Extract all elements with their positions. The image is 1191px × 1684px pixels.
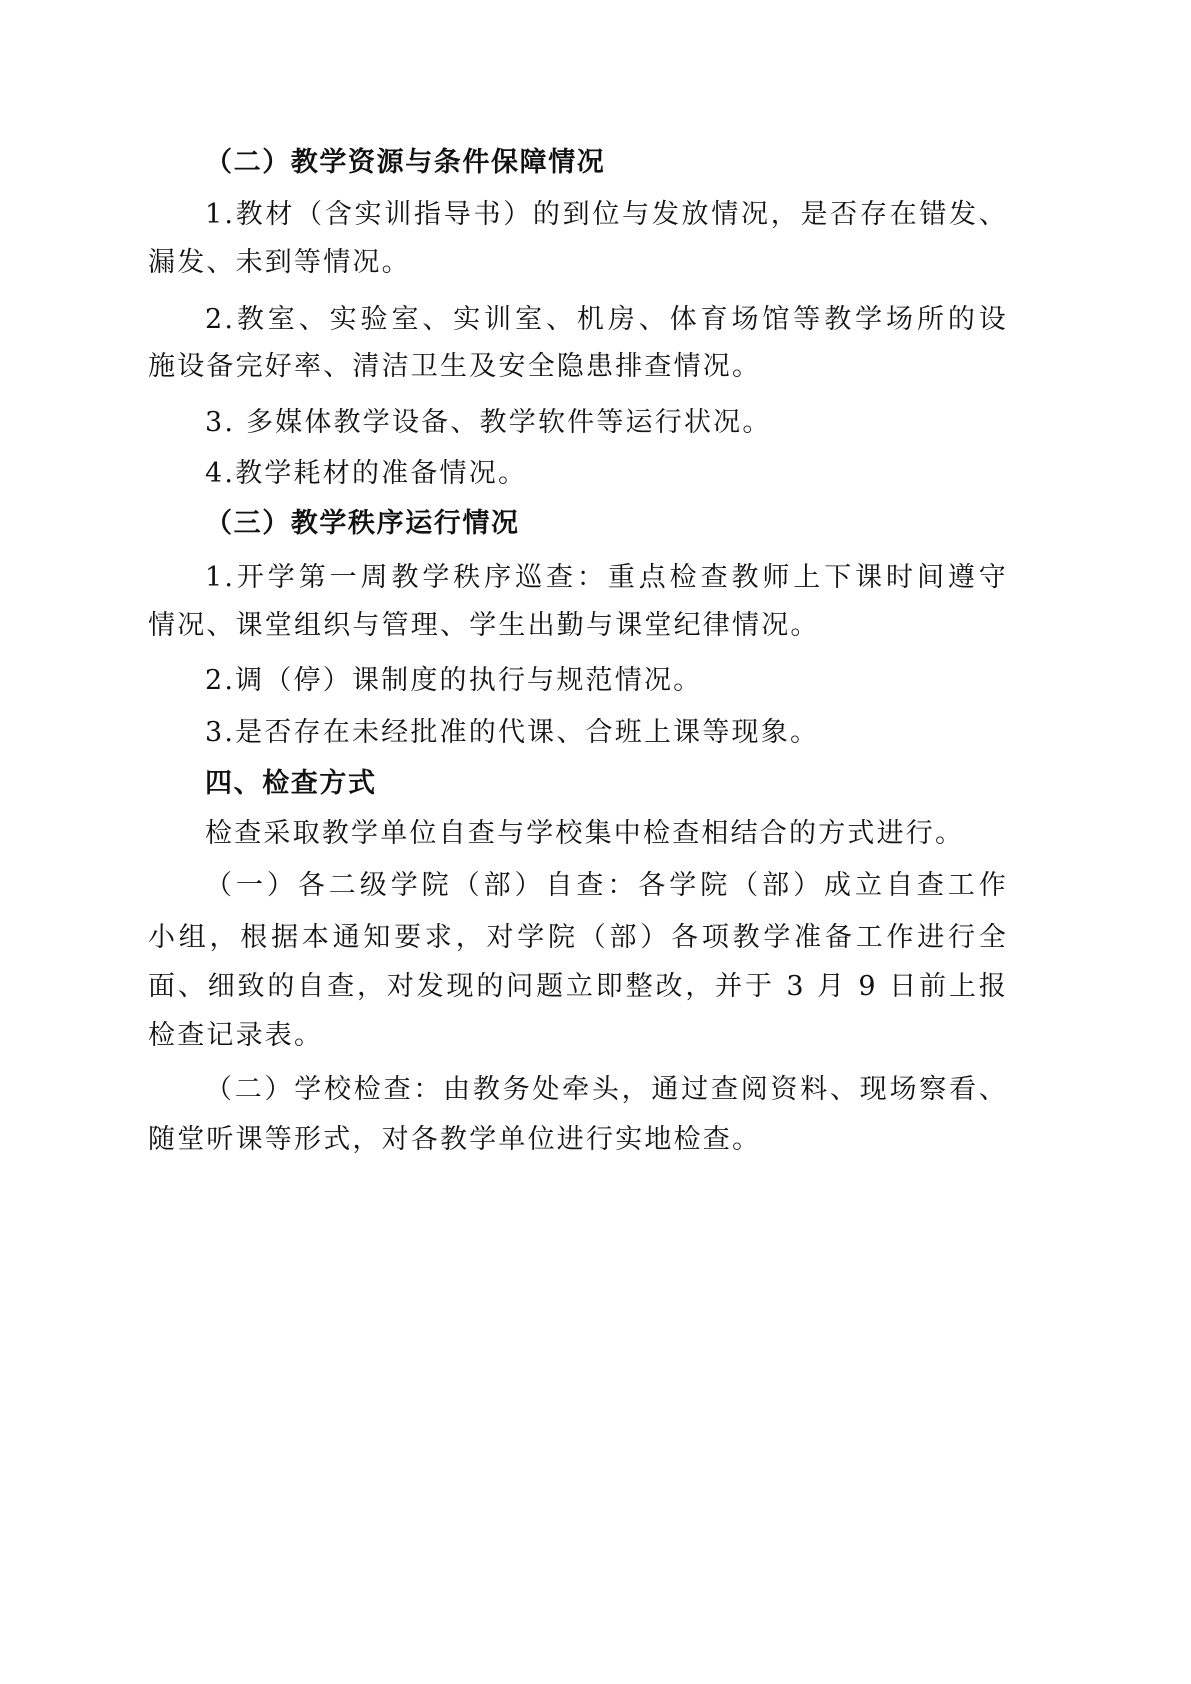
paragraph-school-inspection-line-2: 随堂听课等形式，对各教学单位进行实地检查。 [148,1120,1008,1160]
paragraph-self-check-line-4: 检查记录表。 [148,1016,1008,1056]
paragraph-inspection-overview: 检查采取教学单位自查与学校集中检查相结合的方式进行。 [205,814,1065,854]
paragraph-unauthorized-substitution: 3.是否存在未经批准的代课、合班上课等现象。 [205,713,1065,753]
section-heading-teaching-resources: （二）教学资源与条件保障情况 [205,143,1065,183]
paragraph-multimedia: 3. 多媒体教学设备、教学软件等运行状况。 [205,403,1065,443]
section-heading-inspection-method: 四、检查方式 [205,764,1065,804]
paragraph-textbooks-line-2: 漏发、未到等情况。 [148,243,1008,283]
paragraph-school-inspection-line-1: （二）学校检查：由教务处牵头，通过查阅资料、现场察看、 [205,1070,1008,1110]
paragraph-textbooks-line-1: 1.教材（含实训指导书）的到位与发放情况，是否存在错发、 [205,195,1008,235]
document-page: （二）教学资源与条件保障情况 1.教材（含实训指导书）的到位与发放情况，是否存在… [0,0,1191,1684]
paragraph-consumables: 4.教学耗材的准备情况。 [205,454,1065,494]
section-heading-teaching-order: （三）教学秩序运行情况 [205,504,1065,544]
paragraph-class-adjustment: 2.调（停）课制度的执行与规范情况。 [205,661,1065,701]
paragraph-self-check-line-2: 小组，根据本通知要求，对学院（部）各项教学准备工作进行全 [148,918,1008,958]
paragraph-self-check-line-3: 面、细致的自查，对发现的问题立即整改，并于 3 月 9 日前上报 [148,967,1008,1007]
paragraph-first-week-patrol-line-2: 情况、课堂组织与管理、学生出勤与课堂纪律情况。 [148,606,1008,646]
paragraph-first-week-patrol-line-1: 1.开学第一周教学秩序巡查：重点检查教师上下课时间遵守 [205,558,1008,598]
paragraph-facilities-line-1: 2.教室、实验室、实训室、机房、体育场馆等教学场所的设 [205,300,1008,340]
paragraph-facilities-line-2: 施设备完好率、清洁卫生及安全隐患排查情况。 [148,347,1008,387]
paragraph-self-check-line-1: （一）各二级学院（部）自查：各学院（部）成立自查工作 [205,866,1008,906]
